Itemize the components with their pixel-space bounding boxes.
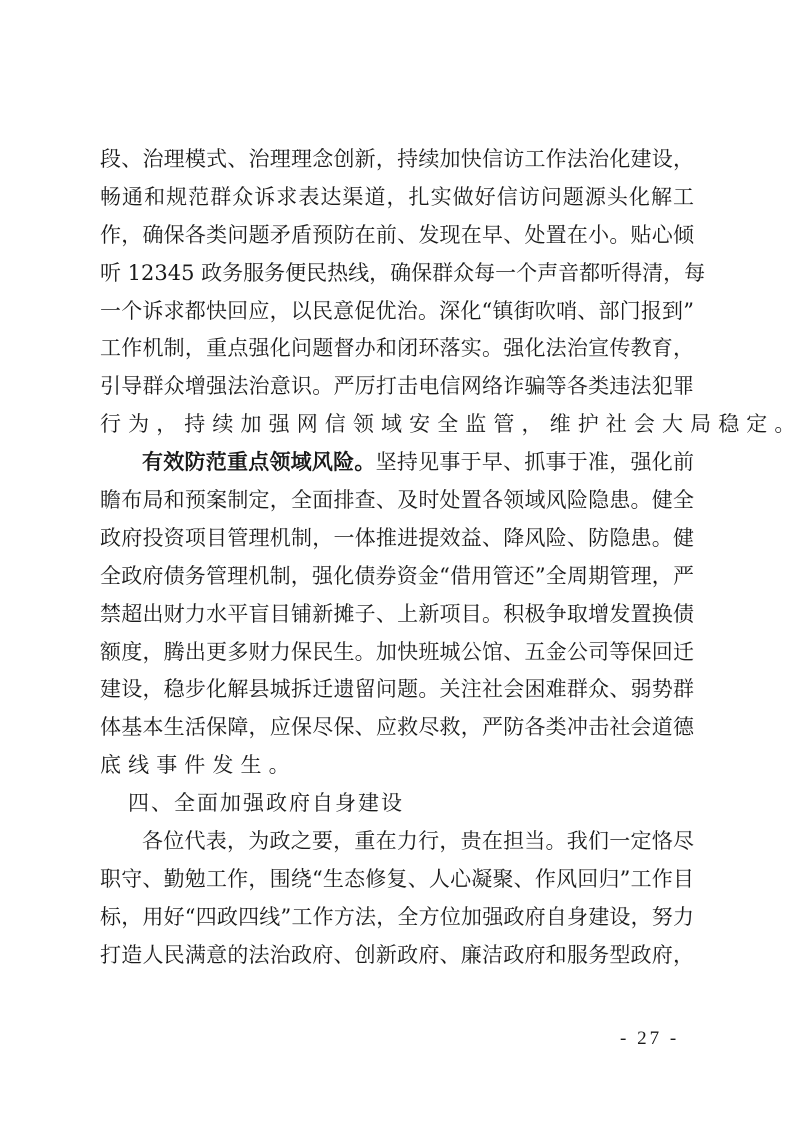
text-line: 打造人民满意的法治政府、创新政府、廉洁政府和服务型政府， [100, 940, 694, 978]
text-line: 职守、勤勉工作，围绕“生态修复、人心凝聚、作风回归”工作目 [100, 864, 694, 902]
text-line: 体基本生活保障，应保尽保、应救尽救，严防各类冲击社会道德 [100, 712, 694, 750]
text-line: 政府投资项目管理机制，一体推进提效益、降风险、防隐患。健 [100, 523, 694, 561]
text-line: 禁超出财力水平盲目铺新摊子、上新项目。积极争取增发置换债 [100, 599, 694, 637]
text-line: 底线事件发生。 [100, 750, 694, 788]
text-line: 额度，腾出更多财力保民生。加快班城公馆、五金公司等保回迁 [100, 637, 694, 675]
text-line: 引导群众增强法治意识。严厉打击电信网络诈骗等各类违法犯罪 [100, 371, 694, 409]
text-line: 段、治理模式、治理理念创新，持续加快信访工作法治化建设， [100, 144, 694, 182]
paragraph-risk-prevention: 有效防范重点领域风险。坚持见事于早、抓事于准，强化前 瞻布局和预案制定，全面排查… [100, 447, 694, 788]
text-line: 作，确保各类问题矛盾预防在前、发现在早、处置在小。贴心倾 [100, 220, 694, 258]
document-body: 段、治理模式、治理理念创新，持续加快信访工作法治化建设， 畅通和规范群众诉求表达… [100, 144, 694, 978]
page-number: - 27 - [620, 1028, 679, 1050]
text-span: 坚持见事于早、抓事于准，强化前 [376, 450, 694, 474]
paragraph-lead-heading: 有效防范重点领域风险。 [142, 450, 376, 474]
text-line: 听 12345 政务服务便民热线，确保群众每一个声音都听得清，每 [100, 258, 694, 296]
text-line: 标，用好“四政四线”工作方法，全方位加强政府自身建设，努力 [100, 902, 694, 940]
text-line: 一个诉求都快回应，以民意促优治。深化“镇街吹哨、部门报到” [100, 296, 694, 334]
text-line-first: 各位代表，为政之要，重在力行，贵在担当。我们一定恪尽 [100, 826, 694, 864]
text-line: 瞻布局和预案制定，全面排查、及时处置各领域风险隐患。健全 [100, 485, 694, 523]
text-line: 畅通和规范群众诉求表达渠道，扎实做好信访问题源头化解工 [100, 182, 694, 220]
paragraph-government-building: 各位代表，为政之要，重在力行，贵在担当。我们一定恪尽 职守、勤勉工作，围绕“生态… [100, 826, 694, 978]
text-line: 工作机制，重点强化问题督办和闭环落实。强化法治宣传教育， [100, 333, 694, 371]
text-line: 行为，持续加强网信领域安全监管，维护社会大局稳定。 [100, 409, 694, 447]
text-line-first: 有效防范重点领域风险。坚持见事于早、抓事于准，强化前 [100, 447, 694, 485]
text-line: 建设，稳步化解县城拆迁遗留问题。关注社会困难群众、弱势群 [100, 674, 694, 712]
paragraph-petition-governance: 段、治理模式、治理理念创新，持续加快信访工作法治化建设， 畅通和规范群众诉求表达… [100, 144, 694, 447]
text-line: 全政府债务管理机制，强化债券资金“借用管还”全周期管理，严 [100, 561, 694, 599]
section-heading: 四、全面加强政府自身建设 [100, 788, 694, 826]
